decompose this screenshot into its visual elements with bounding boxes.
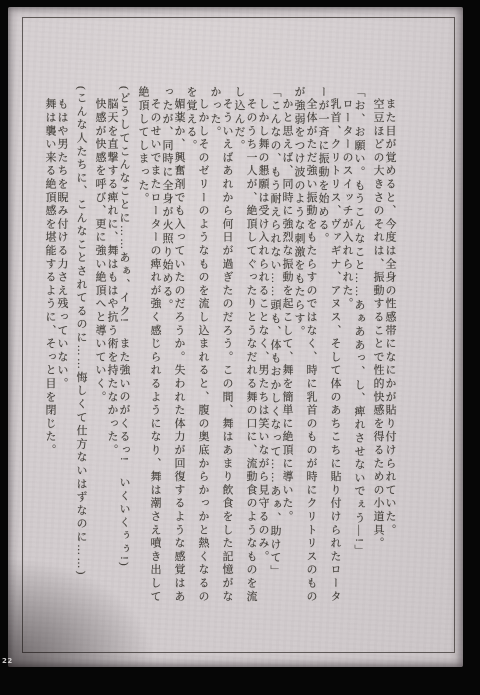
book-page-paper: また目が覚めると、今度は全身の性感帯になにかが貼り付けられていた。 空豆ほどの大… (8, 7, 463, 667)
novel-paragraph: そのうち一人が、絶頂してぐったりとうなだれる舞の口に、流動食のようなものを流し込… (233, 86, 257, 604)
novel-paragraph: 乳首、クリトリス、ヴァギナ、アヌス、そして体のあちこちに貼り付けられたローターが… (317, 86, 341, 604)
novel-paragraph: そのせいでまたローターの痺れが強く感じられるようになり、舞は潮さえ噴き出して絶頂… (137, 86, 161, 604)
novel-paragraph: そういえばあれから何日が過ぎたのだろう。この間、舞はあまり飲食をした記憶がなかっ… (209, 86, 233, 604)
novel-paragraph: また目が覚めると、今度は全身の性感帯になにかが貼り付けられていた。 (384, 86, 396, 604)
novel-paragraph: かと思えば、同時に強烈な振動を起こして、舞を簡単に絶頂に導いた。 (281, 86, 293, 604)
novel-paragraph: もはや男たちを睨み付ける力さえ残っていない。 (56, 86, 68, 604)
novel-paragraph-dialogue: 「お、お願い。もうこんなこと……あぁああっ、し、痺れさせないでぇう―!」 (353, 86, 365, 604)
novel-paragraph: 脳天を直撃する痺れに、舞はもはや抗う術を持たなかった。 (106, 86, 118, 604)
novel-text-block: また目が覚めると、今度は全身の性感帯になにかが貼り付けられていた。 空豆ほどの大… (44, 86, 396, 604)
novel-paragraph: しかし舞の懇願は受け入れられることなく、男たちは笑いながら見守るのみ。 (257, 86, 269, 604)
novel-paragraph-dialogue: 「こんなの、もう耐えられない……頭も、体もおかしくなって……あぁ、助けて」 (269, 86, 281, 604)
novel-paragraph-thought: (どうしてこんなことに……あぁ、イク! また強いのがくるっ! いくいくぅぅ!) (118, 86, 130, 604)
novel-paragraph: 快感が快感を呼び、更に強い絶頂へと導いていく。 (94, 86, 106, 604)
text-frame-border: また目が覚めると、今度は全身の性感帯になにかが貼り付けられていた。 空豆ほどの大… (22, 17, 455, 653)
novel-paragraph: 舞は襲い来る絶頂感を堪能するように、そっと目を閉じた。 (44, 86, 56, 604)
page-number: 22 (2, 657, 13, 665)
novel-paragraph: ローターのスイッチが入れられた。 (341, 86, 353, 604)
novel-paragraph: 媚薬か、興奮剤でも入っていたのだろうか。失われた体力が回復するような感覚はあった… (161, 86, 185, 604)
novel-paragraph: 全体がただ強い振動をもたらすのではなく、時に乳首のものが時にクリトリスのものが強… (293, 86, 317, 604)
scanned-book-page: また目が覚めると、今度は全身の性感帯になにかが貼り付けられていた。 空豆ほどの大… (0, 0, 480, 695)
novel-paragraph: 空豆ほどの大きさのそれは、振動することで性的快感を得るための小道具。 (372, 86, 384, 604)
novel-paragraph-thought: (こんな人たちに、こんなことされてるのに……悔しくて仕方ないはずなのに……) (75, 86, 87, 604)
novel-paragraph: しかしそのゼリーのようなものを流し込まれると、腹の奥底からかっかと熱くなるのを覚… (185, 86, 209, 604)
